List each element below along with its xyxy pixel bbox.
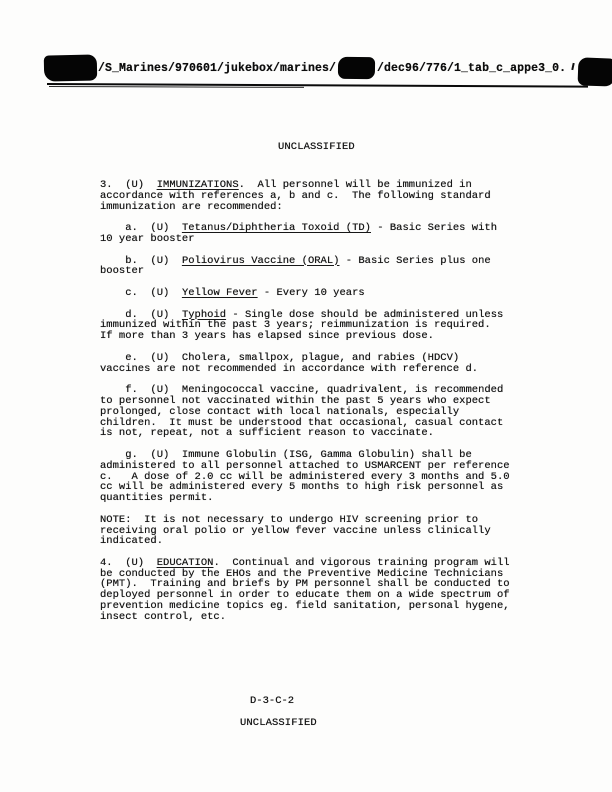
underlined-term: Tetanus/Diphtheria Toxoid (TD) xyxy=(182,222,371,234)
classification-marking-top: UNCLASSIFIED xyxy=(278,141,355,153)
paragraph: g. (U) Immune Globulin (ISG, Gamma Globu… xyxy=(100,450,528,504)
paragraph: f. (U) Meningococcal vaccine, quadrivale… xyxy=(100,385,528,439)
underlined-term: Yellow Fever xyxy=(182,287,258,299)
file-path-header: /S_Marines/970601/jukebox/marines/ /dec9… xyxy=(44,52,612,84)
paragraph: c. (U) Yellow Fever - Every 10 years xyxy=(100,288,528,299)
stray-mark xyxy=(571,62,574,69)
paragraph: 3. (U) IMMUNIZATIONS. All personnel will… xyxy=(100,180,528,212)
underlined-term: Poliovirus Vaccine (ORAL) xyxy=(182,255,340,267)
paragraph: e. (U) Cholera, smallpox, plague, and ra… xyxy=(100,353,528,375)
paragraph-text: f. (U) Meningococcal vaccine, quadrivale… xyxy=(100,384,503,439)
classification-marking-bottom: UNCLASSIFIED xyxy=(240,717,317,729)
paragraph: 4. (U) EDUCATION. Continual and vigorous… xyxy=(100,558,528,623)
paragraph-text: - Every 10 years xyxy=(258,287,365,299)
paragraph-text: g. (U) Immune Globulin (ISG, Gamma Globu… xyxy=(100,449,510,504)
document-page: /S_Marines/970601/jukebox/marines/ /dec9… xyxy=(0,0,612,792)
paragraph-text: NOTE: It is not necessary to undergo HIV… xyxy=(100,514,491,548)
paragraph-text: e. (U) Cholera, smallpox, plague, and ra… xyxy=(100,352,478,375)
header-underline-secondary xyxy=(49,86,304,88)
redaction-block-left xyxy=(44,54,98,81)
page-number: D-3-C-2 xyxy=(250,695,294,707)
paragraph: d. (U) Typhoid - Single dose should be a… xyxy=(100,310,528,342)
redaction-block-right xyxy=(578,57,612,86)
file-path-text-2: /dec96/776/1_tab_c_appe3_0. xyxy=(377,62,566,75)
paragraph: b. (U) Poliovirus Vaccine (ORAL) - Basic… xyxy=(100,256,528,278)
redaction-block-middle xyxy=(338,57,375,80)
paragraph: NOTE: It is not necessary to undergo HIV… xyxy=(100,515,528,547)
file-path-text-1: /S_Marines/970601/jukebox/marines/ xyxy=(98,62,336,75)
document-body: 3. (U) IMMUNIZATIONS. All personnel will… xyxy=(100,180,528,633)
paragraph-text: . Continual and vigorous training progra… xyxy=(100,557,510,623)
paragraph-text: c. (U) xyxy=(100,287,182,299)
paragraph: a. (U) Tetanus/Diphtheria Toxoid (TD) - … xyxy=(100,223,528,245)
